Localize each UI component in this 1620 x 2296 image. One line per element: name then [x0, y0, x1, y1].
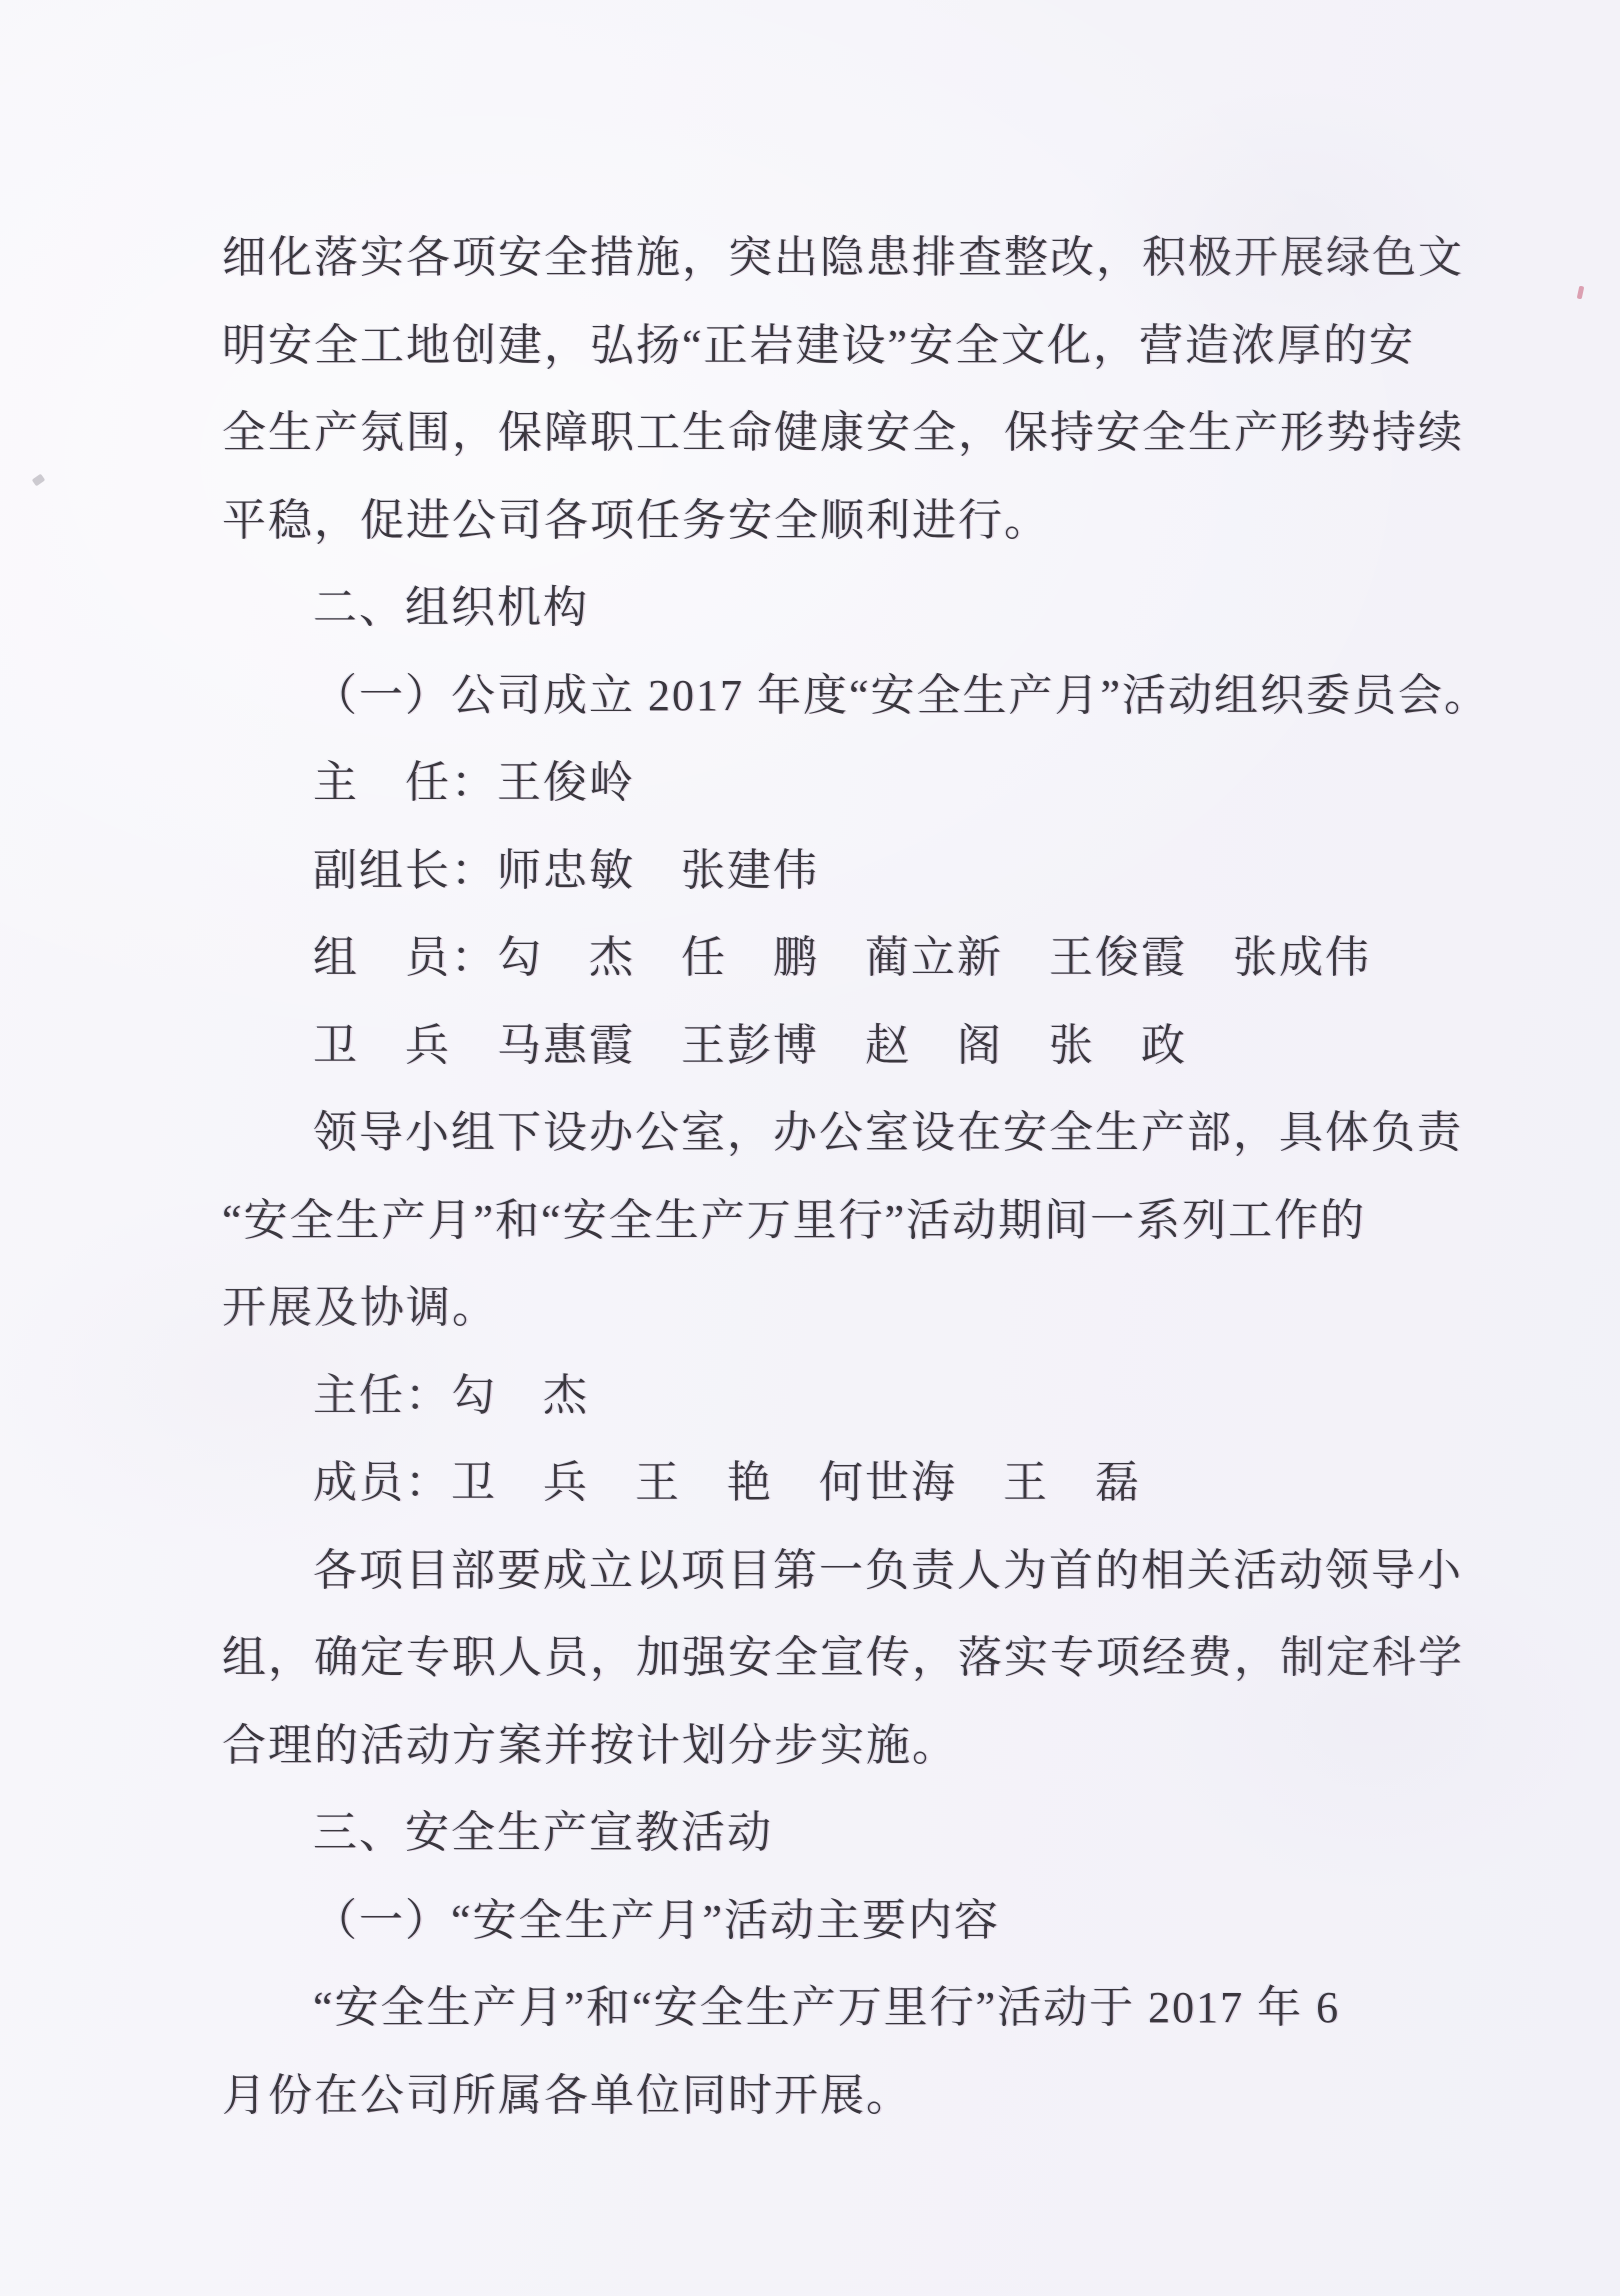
text-line: 主 任：王俊岭 — [222, 739, 1482, 827]
scan-artifact — [1577, 286, 1585, 300]
text-line: （一）“安全生产月”活动主要内容 — [222, 1877, 1482, 1965]
section-heading: 三、安全生产宣教活动 — [222, 1789, 1482, 1877]
text-line: 合理的活动方案并按计划分步实施。 — [222, 1702, 1482, 1790]
text-line: 卫 兵 马惠霞 王彭博 赵 阁 张 政 — [222, 1002, 1482, 1090]
text-line: （一）公司成立 2017 年度“安全生产月”活动组织委员会。 — [222, 652, 1482, 740]
text-line: 各项目部要成立以项目第一负责人为首的相关活动领导小 — [222, 1527, 1482, 1615]
text-line: 成员：卫 兵 王 艳 何世海 王 磊 — [222, 1439, 1482, 1527]
scanned-document-page: 细化落实各项安全措施，突出隐患排查整改，积极开展绿色文 明安全工地创建，弘扬“正… — [0, 0, 1620, 2296]
text-line: 开展及协调。 — [222, 1264, 1482, 1352]
text-line: 领导小组下设办公室，办公室设在安全生产部，具体负责 — [222, 1089, 1482, 1177]
text-line: 细化落实各项安全措施，突出隐患排查整改，积极开展绿色文 — [222, 214, 1482, 302]
text-line: 全生产氛围，保障职工生命健康安全，保持安全生产形势持续 — [222, 389, 1482, 477]
section-heading: 二、组织机构 — [222, 564, 1482, 652]
text-line: 副组长：师忠敏 张建伟 — [222, 827, 1482, 915]
text-line: 月份在公司所属各单位同时开展。 — [222, 2052, 1482, 2140]
text-line: “安全生产月”和“安全生产万里行”活动于 2017 年 6 — [222, 1964, 1482, 2052]
text-line: 明安全工地创建，弘扬“正岩建设”安全文化，营造浓厚的安 — [222, 302, 1482, 390]
text-line: “安全生产月”和“安全生产万里行”活动期间一系列工作的 — [222, 1177, 1482, 1265]
document-body: 细化落实各项安全措施，突出隐患排查整改，积极开展绿色文 明安全工地创建，弘扬“正… — [222, 214, 1482, 2139]
text-line: 组 员：勾 杰 任 鹏 蔺立新 王俊霞 张成伟 — [222, 914, 1482, 1002]
text-line: 组，确定专职人员，加强安全宣传，落实专项经费，制定科学 — [222, 1614, 1482, 1702]
text-line: 主任：勾 杰 — [222, 1352, 1482, 1440]
scan-artifact — [32, 474, 46, 487]
text-line: 平稳，促进公司各项任务安全顺利进行。 — [222, 477, 1482, 565]
